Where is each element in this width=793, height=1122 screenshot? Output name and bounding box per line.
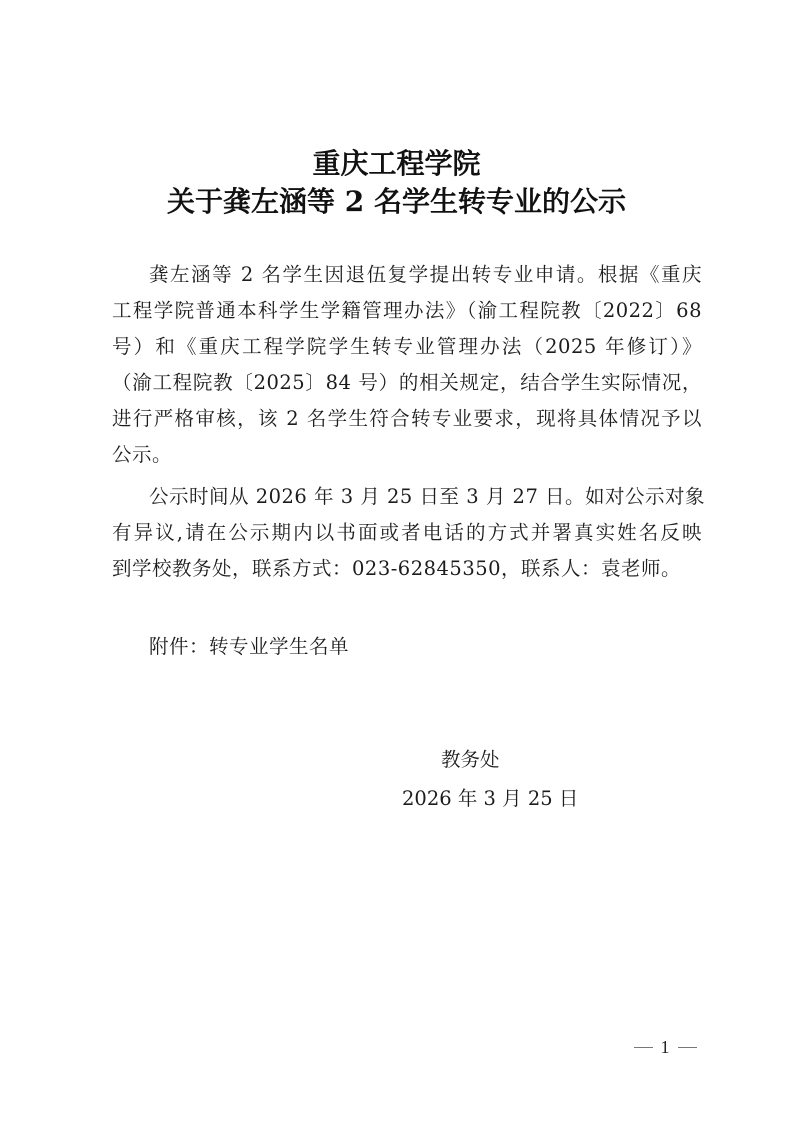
paragraph1-line-3: 号）和《重庆工程学院学生转专业管理办法（2025 年修订）》 <box>112 334 702 360</box>
paragraph2-line-3: 到学校教务处，联系方式：023-62845350，联系人：袁老师。 <box>112 556 702 582</box>
page-number-value: 1 <box>661 1037 670 1058</box>
paragraph2-line-1: 公示时间从 2026 年 3 月 25 日至 3 月 27 日。如对公示对象 <box>149 484 702 510</box>
attachment-note: 附件：转专业学生名单 <box>149 634 702 660</box>
paragraph1-line-5: 进行严格审核，该 2 名学生符合转专业要求，现将具体情况予以 <box>112 406 702 432</box>
title-institution: 重庆工程学院 <box>0 142 793 182</box>
dash-right <box>678 1047 697 1049</box>
document-page: 重庆工程学院 关于龚左涵等 2 名学生转专业的公示 龚左涵等 2 名学生因退伍复… <box>0 0 793 1122</box>
signature-office: 教务处 <box>441 747 500 773</box>
page-number: 1 <box>620 1037 710 1058</box>
signature-date: 2026 年 3 月 25 日 <box>402 786 578 812</box>
paragraph1-line-2: 工程学院普通本科学生学籍管理办法》（渝工程院教〔2022〕68 <box>112 298 702 324</box>
paragraph1-line-6: 公示。 <box>112 442 702 468</box>
paragraph2-line-2: 有异议,请在公示期内以书面或者电话的方式并署真实姓名反映 <box>112 520 702 546</box>
dash-left <box>634 1047 653 1049</box>
paragraph1-line-4: （渝工程院教〔2025〕84 号）的相关规定，结合学生实际情况， <box>112 370 702 396</box>
title-subject: 关于龚左涵等 2 名学生转专业的公示 <box>0 180 793 220</box>
paragraph1-line-1: 龚左涵等 2 名学生因退伍复学提出转专业申请。根据《重庆 <box>149 262 702 288</box>
